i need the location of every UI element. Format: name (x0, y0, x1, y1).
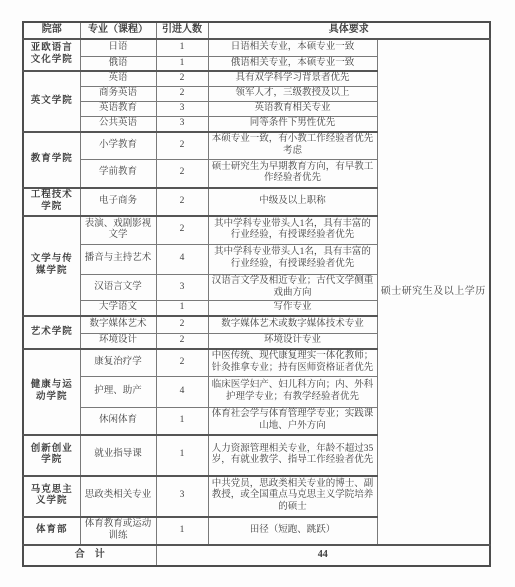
total-label-cell: 合 计 (23, 545, 156, 566)
count-cell: 4 (156, 377, 208, 408)
major-cell: 康复治疗学 (80, 349, 156, 377)
degree-note-cell: 硕士研究生及以上学历 (377, 39, 490, 545)
count-cell: 3 (156, 274, 208, 301)
major-cell: 体育教育或运动训练 (80, 517, 156, 545)
count-cell: 2 (156, 159, 208, 188)
major-cell: 播音与主持艺术 (80, 244, 156, 274)
count-cell: 2 (156, 216, 208, 244)
major-cell: 电子商务 (80, 188, 156, 216)
major-cell: 表演、戏剧影视文学 (80, 216, 156, 244)
department-cell: 英文学院 (23, 71, 80, 132)
table-row: 亚欧语言文化学院 日语 1 日语相关专业，本硕专业一致 硕士研究生及以上学历 (23, 39, 490, 56)
major-cell: 公共英语 (80, 117, 156, 132)
major-cell: 环境设计 (80, 333, 156, 348)
major-cell: 大学语文 (80, 301, 156, 316)
count-cell: 3 (156, 117, 208, 132)
department-cell: 亚欧语言文化学院 (23, 39, 80, 71)
header-major: 专业（课程） (80, 22, 156, 39)
requirement-cell: 日语相关专业，本硕专业一致 (208, 39, 377, 56)
major-cell: 俄语 (80, 56, 156, 71)
major-cell: 休闲体育 (80, 408, 156, 435)
header-department: 院部 (23, 22, 80, 39)
requirement-cell: 领军人才，三级教授及以上 (208, 87, 377, 102)
count-cell: 2 (156, 188, 208, 216)
count-cell: 2 (156, 316, 208, 333)
requirement-cell: 其中学科专业带头人1名，具有丰富的行业经验，有授课经验者优先 (208, 244, 377, 274)
header-count: 引进人数 (156, 22, 208, 39)
count-cell: 2 (156, 87, 208, 102)
requirement-cell: 写作专业 (208, 301, 377, 316)
requirement-cell: 数字媒体艺术或数字媒体技术专业 (208, 316, 377, 333)
major-cell: 商务英语 (80, 87, 156, 102)
requirement-cell: 同等条件下男性优先 (208, 117, 377, 132)
department-cell: 工程技术学院 (23, 188, 80, 216)
requirement-cell: 环境设计专业 (208, 333, 377, 348)
major-cell: 英语 (80, 71, 156, 86)
requirement-cell: 英语教育相关专业 (208, 102, 377, 117)
count-cell: 2 (156, 132, 208, 159)
major-cell: 思政类相关专业 (80, 476, 156, 517)
requirement-cell: 中共党员，思政类相关专业的博士、副教授，或全国重点马克思主义学院培养的硕士 (208, 476, 377, 517)
count-cell: 2 (156, 349, 208, 377)
major-cell: 数字媒体艺术 (80, 316, 156, 333)
major-cell: 日语 (80, 39, 156, 56)
department-cell: 艺术学院 (23, 316, 80, 348)
requirement-cell: 本硕专业一致，有小教工作经验者优先考虑 (208, 132, 377, 159)
department-cell: 创新创业学院 (23, 435, 80, 476)
document-page: { "table": { "headers": { "department": … (0, 0, 515, 587)
count-cell: 1 (156, 517, 208, 545)
requirement-cell: 硕士研究生为早期教育方向，有早教工作经验者优先 (208, 159, 377, 188)
count-cell: 1 (156, 408, 208, 435)
count-cell: 1 (156, 56, 208, 71)
department-cell: 健康与运动学院 (23, 349, 80, 435)
requirement-cell: 汉语言文学及相近专业；古代文学侧重戏曲方向 (208, 274, 377, 301)
count-cell: 3 (156, 102, 208, 117)
count-cell: 2 (156, 333, 208, 348)
major-cell: 护理、助产 (80, 377, 156, 408)
requirement-cell: 中医传统、现代康复理实一体化教师；针灸推拿专业；持有医师资格证者优先 (208, 349, 377, 377)
requirement-cell: 俄语相关专业，本硕专业一致 (208, 56, 377, 71)
department-cell: 文学与传媒学院 (23, 216, 80, 316)
major-cell: 汉语言文学 (80, 274, 156, 301)
major-cell: 学前教育 (80, 159, 156, 188)
requirement-cell: 临床医学妇产、妇儿科方向；内、外科护理学专业；有教学经验者优先 (208, 377, 377, 408)
requirement-cell: 田径（短跑、跳跃） (208, 517, 377, 545)
count-cell: 1 (156, 39, 208, 56)
count-cell: 3 (156, 476, 208, 517)
requirement-cell: 具有双学科学习背景者优先 (208, 71, 377, 86)
requirement-cell: 其中学科专业带头人1名，具有丰富的行业经验，有授课经验者优先 (208, 216, 377, 244)
total-value-cell: 44 (156, 545, 490, 566)
requirement-cell: 体育社会学与体育管理学专业；实践课山地、户外方向 (208, 408, 377, 435)
department-cell: 马克思主义学院 (23, 476, 80, 517)
count-cell: 2 (156, 71, 208, 86)
header-requirement: 具体要求 (208, 22, 490, 39)
department-cell: 教育学院 (23, 132, 80, 188)
count-cell: 1 (156, 301, 208, 316)
recruitment-requirements-table: 院部 专业（课程） 引进人数 具体要求 亚欧语言文化学院 日语 1 日语相关专业… (22, 21, 491, 567)
major-cell: 就业指导课 (80, 435, 156, 476)
count-cell: 4 (156, 244, 208, 274)
total-row: 合 计 44 (23, 545, 490, 566)
count-cell: 1 (156, 435, 208, 476)
major-cell: 英语教育 (80, 102, 156, 117)
requirement-cell: 人力资源管理相关专业，年龄不超过35岁，有就业教学、指导工作经验者优先 (208, 435, 377, 476)
header-row: 院部 专业（课程） 引进人数 具体要求 (23, 22, 490, 39)
department-cell: 体育部 (23, 517, 80, 545)
requirement-cell: 中级及以上职称 (208, 188, 377, 216)
major-cell: 小学教育 (80, 132, 156, 159)
